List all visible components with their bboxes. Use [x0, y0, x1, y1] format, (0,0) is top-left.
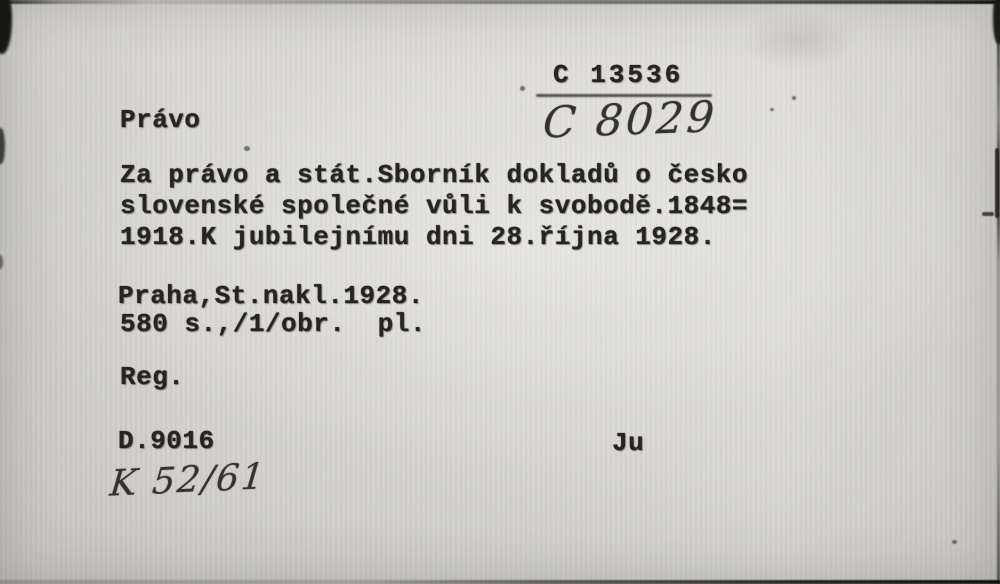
paper-speck — [244, 146, 250, 151]
paper-speck — [792, 96, 796, 100]
subject-heading: Právo — [120, 105, 201, 136]
title-line-1: Za právo a stát.Sborník dokladů o česko — [120, 160, 748, 191]
scan-corner-top-right-blob — [993, 0, 1000, 44]
paper-speck — [520, 86, 525, 91]
paper-speck — [952, 540, 957, 544]
cataloger-initials: Ju — [612, 428, 644, 459]
paper-speck — [770, 108, 774, 111]
typed-call-number: C 13536 — [553, 60, 683, 91]
accession-number: D.9016 — [118, 426, 215, 457]
scan-edge-top — [0, 0, 1000, 4]
scan-edge-bottom — [0, 580, 1000, 584]
collation: 580 s.,/1/obr. pl. — [120, 309, 426, 340]
title-line-2: slovenské společné vůli k svobodě.1848= — [120, 191, 748, 222]
title-line-3: 1918.K jubilejnímu dni 28.října 1928. — [120, 222, 716, 253]
scan-left-edge-mark-small — [0, 255, 3, 269]
catalog-card: C 13536 C 8029 Právo Za právo a stát.Sbo… — [0, 0, 1000, 584]
imprint: Praha,St.nakl.1928. — [118, 281, 424, 312]
paper-stain — [740, 10, 860, 70]
scan-right-edge-tick — [982, 212, 994, 216]
scan-left-edge-mark — [0, 128, 5, 164]
handwritten-call-number: C 8029 — [541, 93, 718, 149]
handwritten-shelfmark: K 52/61 — [108, 456, 268, 504]
scan-right-edge-segment — [995, 148, 999, 218]
note: Reg. — [120, 362, 184, 393]
scan-corner-top-left-blob — [0, 0, 12, 54]
